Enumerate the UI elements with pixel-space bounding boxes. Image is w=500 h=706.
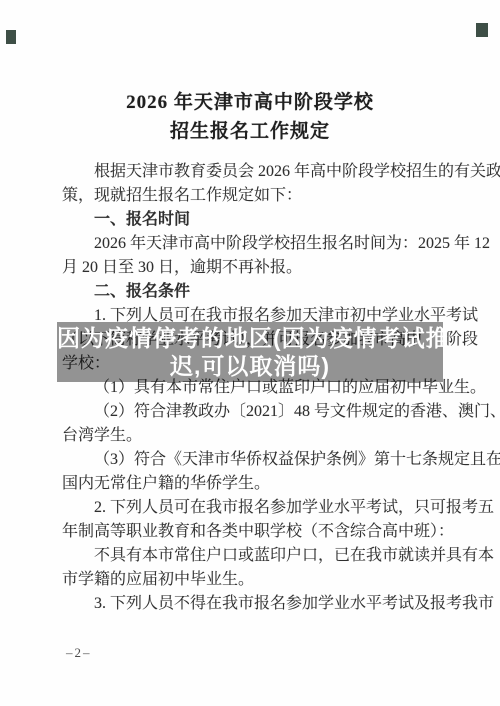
document-line: 台湾学生。 bbox=[62, 424, 478, 448]
document-title: 2026 年天津市高中阶段学校 招生报名工作规定 bbox=[0, 88, 500, 146]
document-page: 2026 年天津市高中阶段学校 招生报名工作规定 根据天津市教育委员会 2026… bbox=[0, 0, 500, 706]
document-line: 2. 下列人员可在我市报名参加学业水平考试，只可报考五 bbox=[62, 496, 478, 520]
document-title-line1: 2026 年天津市高中阶段学校 bbox=[0, 88, 500, 117]
scan-artifact-top-left-icon bbox=[6, 30, 16, 44]
watermark-banner: 因为疫情停考的地区(因为疫情考试推 迟,可以取消吗) bbox=[57, 322, 443, 382]
page-number: –2– bbox=[66, 645, 92, 661]
watermark-banner-line1: 因为疫情停考的地区(因为疫情考试推 bbox=[57, 324, 443, 352]
scan-artifact-top-right-icon bbox=[476, 23, 488, 37]
document-line: 年制高等职业教育和各类中职学校（不含综合高中班）： bbox=[62, 520, 478, 544]
document-line: 2026 年天津市高中阶段学校招生报名时间为：2025 年 12 bbox=[62, 232, 478, 256]
document-line: 策，现就招生报名工作规定如下： bbox=[62, 184, 478, 208]
document-line: 市学籍的应届初中毕业生。 bbox=[62, 568, 478, 592]
document-line: （2）符合津教政办〔2021〕48 号文件规定的香港、澳门、 bbox=[62, 400, 478, 424]
document-line: 月 20 日至 30 日，逾期不再补报。 bbox=[62, 256, 478, 280]
watermark-banner-line2: 迟,可以取消吗) bbox=[57, 352, 443, 380]
document-line: 3. 下列人员不得在我市报名参加学业水平考试及报考我市 bbox=[62, 592, 478, 616]
document-line: 一、报名时间 bbox=[62, 208, 478, 232]
document-line: 二、报名条件 bbox=[62, 280, 478, 304]
document-line-visible-end: 阶段 bbox=[446, 328, 478, 352]
document-title-line2: 招生报名工作规定 bbox=[0, 117, 500, 146]
document-line: （3）符合《天津市华侨权益保护条例》第十七条规定且在 bbox=[62, 448, 478, 472]
document-line: 不具有本市常住户口或蓝印户口，已在我市就读并具有本 bbox=[62, 544, 478, 568]
document-line: 根据天津市教育委员会 2026 年高中阶段学校招生的有关政 bbox=[62, 160, 478, 184]
document-body: 根据天津市教育委员会 2026 年高中阶段学校招生的有关政策，现就招生报名工作规… bbox=[62, 160, 478, 616]
document-line: 国内无常住户籍的华侨学生。 bbox=[62, 472, 478, 496]
